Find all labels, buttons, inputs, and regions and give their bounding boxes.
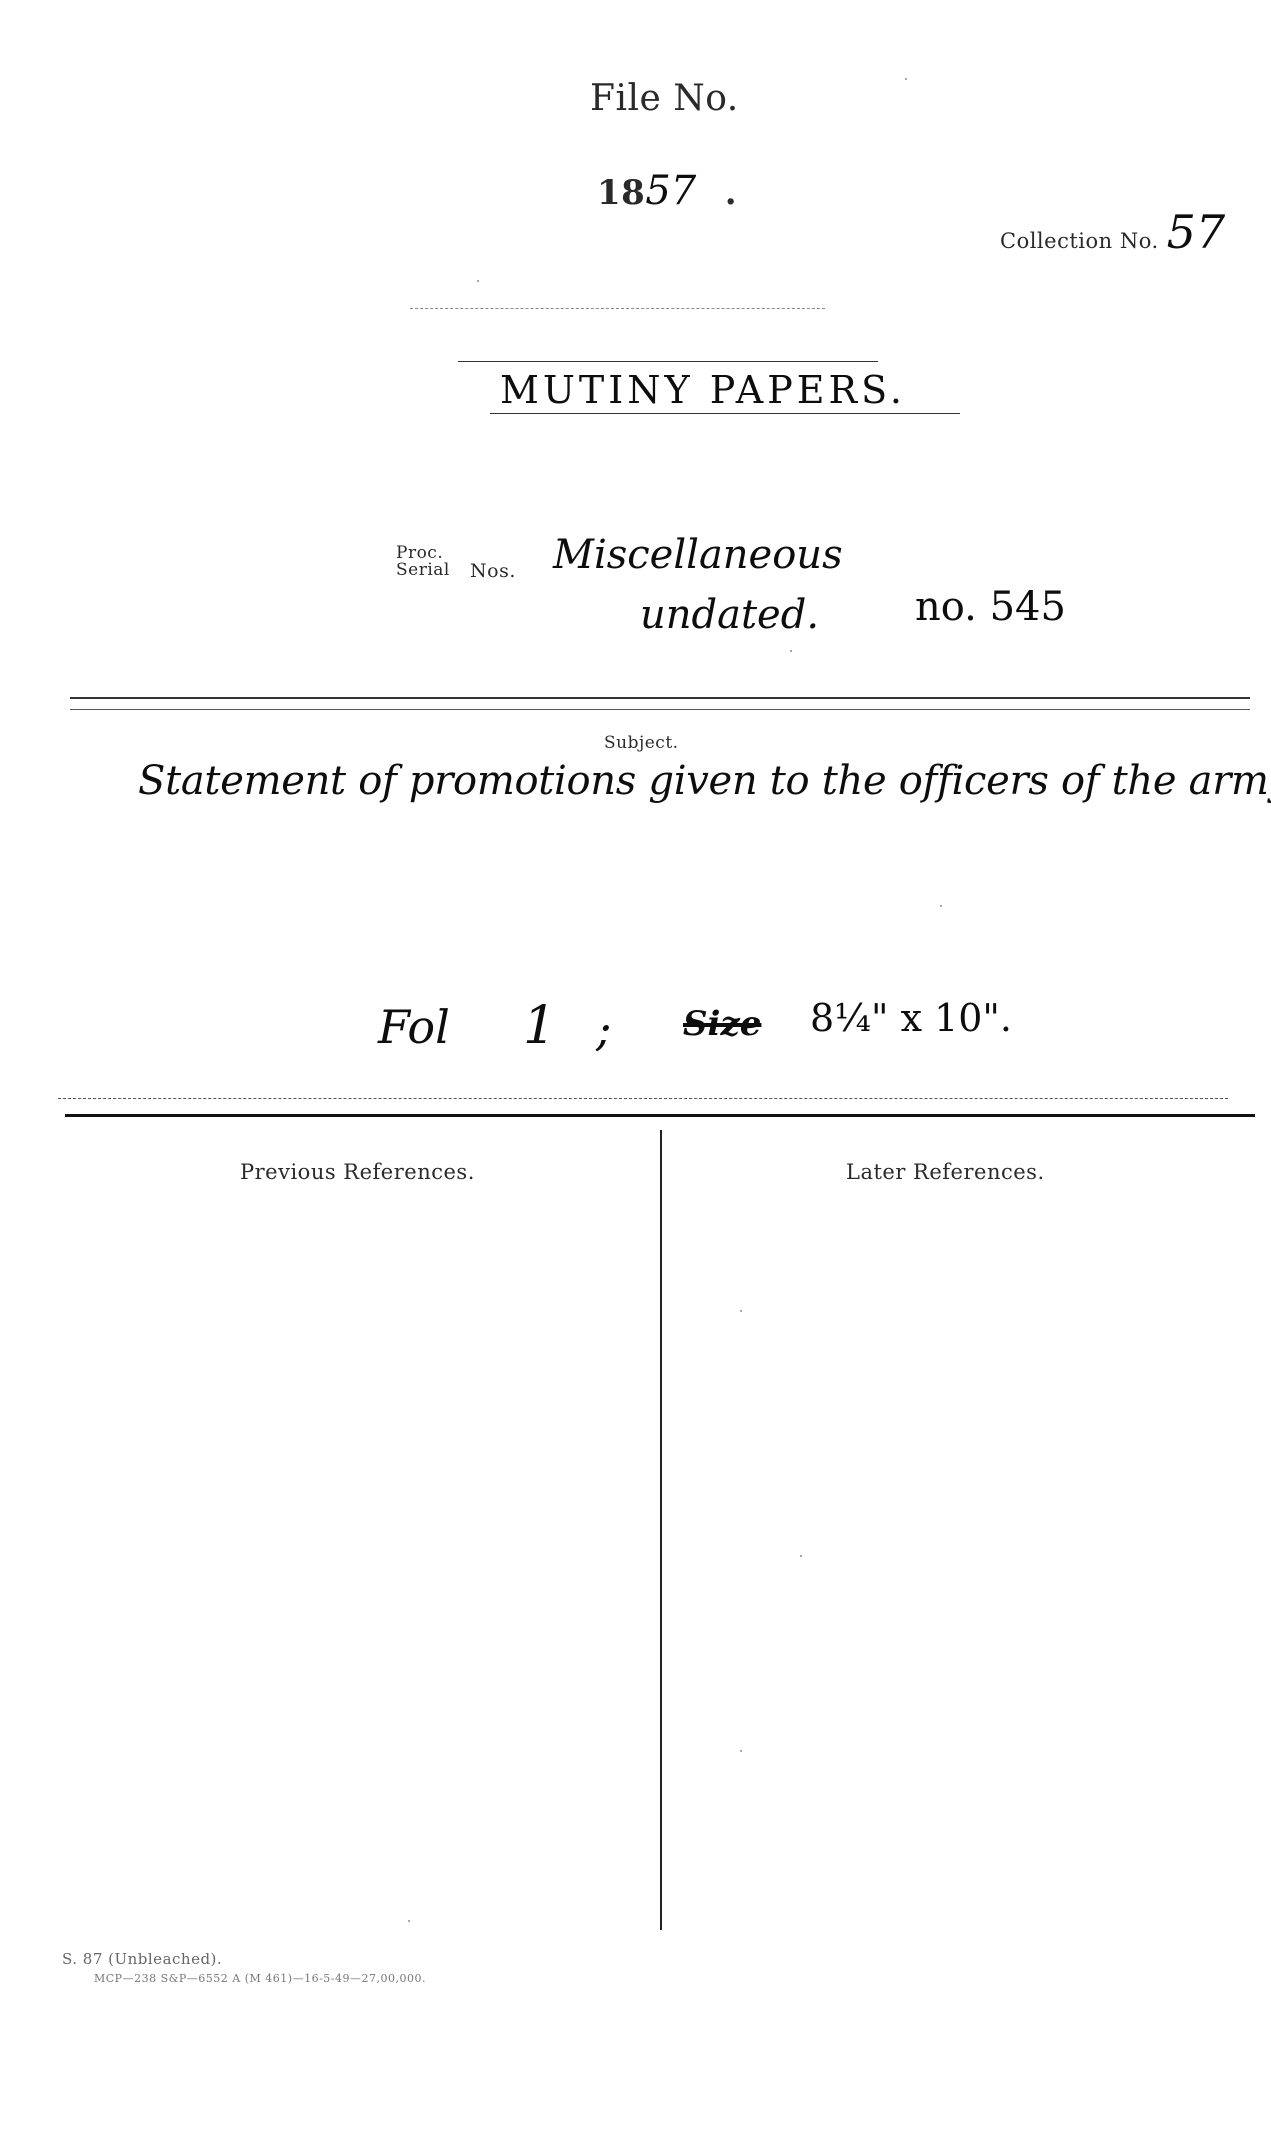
file-year-handwritten: 57 [645,168,696,214]
collection-number-label: Collection No. [1000,229,1159,253]
collection-title: MUTINY PAPERS. [500,368,906,412]
references-column-divider [660,1130,662,1930]
paper-speck [905,78,907,80]
proc-serial-label: Proc. Serial [396,545,450,579]
file-year-printed: 18 [597,173,645,213]
subject-label: Subject. [604,733,679,753]
folio-separator: ; [596,1002,612,1056]
divider-references-top-1 [58,1098,1228,1099]
nos-label: Nos. [470,560,516,582]
divider-subject-top-1 [70,697,1250,699]
serial-label: Serial [396,562,450,579]
paper-speck [408,1920,410,1922]
paper-speck [740,1310,742,1312]
paper-speck [790,650,792,652]
file-number-label: File No. [590,78,739,119]
numbers-line-2: undated. [640,592,819,638]
subject-text: Statement of promotions given to the off… [138,758,1271,804]
collection-number: Collection No. 57 [1000,205,1225,259]
form-code: S. 87 (Unbleached). [62,1950,222,1968]
folio-label: Fol [378,1000,450,1054]
paper-speck [800,1555,802,1557]
size-value: 8¼" x 10". [810,996,1012,1040]
size-label-struck: Size [683,1004,761,1044]
divider-title-bottom [490,413,960,414]
file-year-dot: . [725,173,737,213]
paper-speck [740,1750,742,1752]
paper-speck [477,280,479,282]
print-line: MCP—238 S&P—6552 A (M 461)—16-5-49—27,00… [94,1972,426,1985]
divider-year [410,308,825,309]
divider-references-top-2 [65,1114,1255,1117]
numbers-line-1: Miscellaneous [553,532,843,578]
previous-references-area [60,1200,650,1920]
paper-speck [940,905,942,907]
file-year: 1857 . [597,168,737,214]
collection-number-value: 57 [1167,205,1226,259]
divider-title-top [458,361,878,362]
later-references-area [672,1200,1252,1920]
previous-references-label: Previous References. [240,1160,475,1184]
folio-value: 1 [523,996,556,1056]
divider-subject-top-2 [70,709,1250,710]
numbers-serial-value: no. 545 [915,584,1066,630]
later-references-label: Later References. [846,1160,1045,1184]
